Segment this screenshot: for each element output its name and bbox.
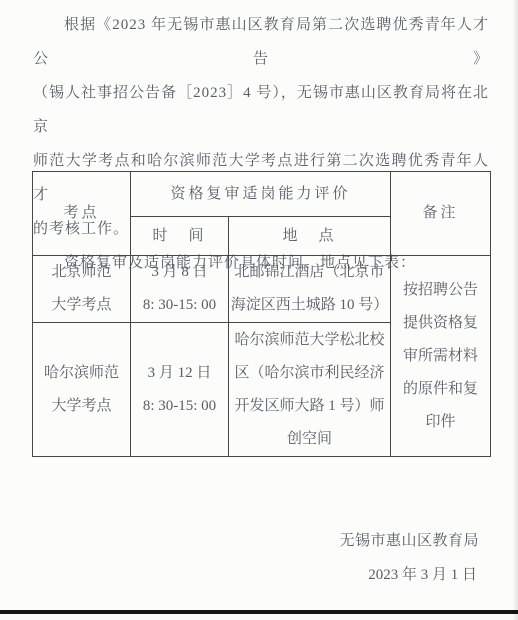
cell-time-beijing: 3 月 8 日8: 30-15: 00 — [131, 256, 229, 323]
cell-note: 按招聘公告提供资格复审所需材料的原件和复印件 — [391, 256, 491, 457]
table-row-beijing: 北京师范大学考点 3 月 8 日8: 30-15: 00 北邮锦江酒店（北京市海… — [33, 256, 491, 323]
issuing-organization: 无锡市惠山区教育局 — [0, 524, 479, 558]
header-note: 备注 — [391, 172, 491, 256]
cell-time-harbin: 3 月 12 日8: 30-15: 00 — [131, 323, 229, 457]
header-site: 考点 — [33, 172, 131, 256]
signature-block: 无锡市惠山区教育局 2023 年 3 月 1 日 — [0, 524, 518, 592]
cell-site-harbin: 哈尔滨师范大学考点 — [33, 323, 131, 457]
header-evaluation: 资格复审适岗能力评价 — [131, 172, 391, 217]
header-location: 地 点 — [229, 217, 391, 256]
schedule-table: 考点 资格复审适岗能力评价 备注 时 间 地 点 北京师范大学考点 3 月 8 … — [32, 171, 491, 457]
header-time: 时 间 — [131, 217, 229, 256]
table-header-row-1: 考点 资格复审适岗能力评价 备注 — [33, 172, 491, 217]
paragraph-line-2: （锡人社事招公告备［2023］4 号），无锡市惠山区教育局将在北京 — [33, 76, 489, 144]
cell-site-beijing: 北京师范大学考点 — [33, 256, 131, 323]
scan-edge-line — [0, 610, 518, 614]
paragraph-line-1: 根据《2023 年无锡市惠山区教育局第二次选聘优秀青年人才公告》 — [33, 8, 489, 76]
document-page: 根据《2023 年无锡市惠山区教育局第二次选聘优秀青年人才公告》 （锡人社事招公… — [0, 0, 518, 620]
issue-date: 2023 年 3 月 1 日 — [0, 558, 477, 592]
cell-location-harbin: 哈尔滨师范大学松北校区（哈尔滨市利民经济开发区师大路 1 号）师创空间 — [229, 323, 391, 457]
cell-location-beijing: 北邮锦江酒店（北京市海淀区西土城路 10 号） — [229, 256, 391, 323]
